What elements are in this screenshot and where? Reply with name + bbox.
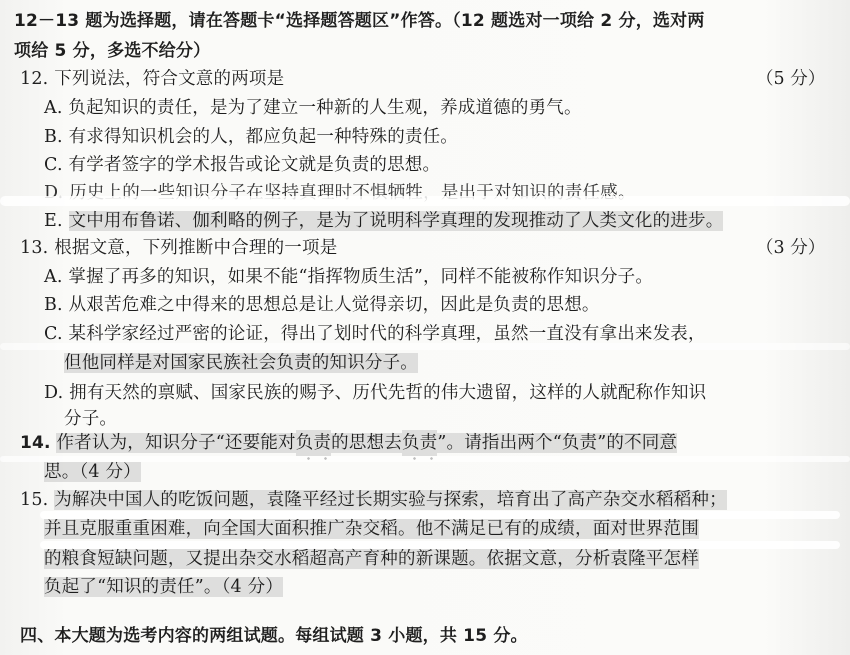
option-label: E. xyxy=(44,211,63,231)
question-score: （5 分） xyxy=(756,66,825,92)
option-text: 某科学家经过严密的论证，得出了划时代的科学真理，虽然一直没有拿出来发表， xyxy=(69,324,706,344)
option-label: A. xyxy=(44,98,63,118)
emphasis-dotted-term: 负责 xyxy=(296,430,331,456)
option-text: 有学者签字的学术报告或论文就是负责的思想。 xyxy=(69,155,441,175)
question-number: 14. xyxy=(20,433,51,453)
question-stem: 下列说法，符合文意的两项是 xyxy=(54,69,284,89)
option-a[interactable]: A. 负起知识的责任，是为了建立一种新的人生观，养成道德的勇气。 xyxy=(44,95,582,121)
scan-smudge xyxy=(0,343,850,350)
option-label: B. xyxy=(44,127,63,147)
scan-smudge xyxy=(0,196,850,206)
option-d[interactable]: D. 拥有天然的禀赋、国家民族的赐予、历代先哲的伟大遗留，这样的人就配称作知识 xyxy=(44,380,706,406)
option-text: 负起知识的责任，是为了建立一种新的人生观，养成道德的勇气。 xyxy=(68,98,581,118)
question-15-line-4: 负起了“知识的责任”。（4 分） xyxy=(44,574,283,600)
option-label: A. xyxy=(44,267,63,287)
option-d-continuation: 分子。 xyxy=(64,406,117,432)
option-text: 掌握了再多的知识，如果不能“指挥物质生活”，同样不能被称作知识分子。 xyxy=(68,267,653,287)
question-15-line-3: 的粮食短缺问题，又提出杂交水稻超高产育种的新课题。依据文意，分析袁隆平怎样 xyxy=(44,546,699,572)
instructions-line-1: 12－13 题为选择题，请在答题卡“选择题答题区”作答。（12 题选对一项给 2… xyxy=(14,8,705,34)
option-label: C. xyxy=(44,155,63,175)
option-label: B. xyxy=(44,295,63,315)
option-c-continuation: 但他同样是对国家民族社会负责的知识分子。 xyxy=(64,350,418,376)
question-14-line-1: 14. 作者认为，知识分子“还要能对负责的思想去负责”。请指出两个“负责”的不同… xyxy=(20,430,677,456)
question-14-line-2: 思。（4 分） xyxy=(44,459,141,485)
option-label: D. xyxy=(44,383,63,403)
option-text: 拥有天然的禀赋、国家民族的赐予、历代先哲的伟大遗留，这样的人就配称作知识 xyxy=(69,383,706,403)
option-text: 有求得知识机会的人，都应负起一种特殊的责任。 xyxy=(69,127,458,147)
option-c[interactable]: C. 有学者签字的学术报告或论文就是负责的思想。 xyxy=(44,152,440,178)
question-number: 15. xyxy=(20,490,48,510)
option-a[interactable]: A. 掌握了再多的知识，如果不能“指挥物质生活”，同样不能被称作知识分子。 xyxy=(44,264,653,290)
question-stem: 根据文意，下列推断中合理的一项是 xyxy=(54,238,337,258)
instructions-line-2: 项给 5 分，多选不给分） xyxy=(14,38,210,64)
option-b[interactable]: B. 有求得知识机会的人，都应负起一种特殊的责任。 xyxy=(44,124,458,150)
emphasis-dotted-term: 负责 xyxy=(402,430,437,456)
question-score: （3 分） xyxy=(756,235,825,261)
option-e[interactable]: E. 文中用布鲁诺、伽利略的例子，是为了说明科学真理的发现推动了人类文化的进步。 xyxy=(44,208,723,234)
option-text: 文中用布鲁诺、伽利略的例子，是为了说明科学真理的发现推动了人类文化的进步。 xyxy=(69,211,724,231)
exam-page: 12－13 题为选择题，请在答题卡“选择题答题区”作答。（12 题选对一项给 2… xyxy=(0,0,850,655)
option-b[interactable]: B. 从艰苦危难之中得来的思想总是让人觉得亲切，因此是负责的思想。 xyxy=(44,292,600,318)
section-four-heading: 四、本大题为选考内容的两组试题。每组试题 3 小题，共 15 分。 xyxy=(20,623,528,649)
question-number: 13. 根据文意，下列推断中合理的一项是 xyxy=(20,235,337,261)
question-number: 12. 下列说法，符合文意的两项是 xyxy=(20,66,284,92)
question-15-line-1: 15. 为解决中国人的吃饭问题，袁隆平经过长期实验与探索，培育出了高产杂交水稻稻… xyxy=(20,487,727,513)
question-15-line-2: 并且克服重重困难，向全国大面积推广杂交稻。他不满足已有的成绩，面对世界范围 xyxy=(44,516,699,542)
option-label: C. xyxy=(44,324,63,344)
option-text: 从艰苦危难之中得来的思想总是让人觉得亲切，因此是负责的思想。 xyxy=(69,295,600,315)
